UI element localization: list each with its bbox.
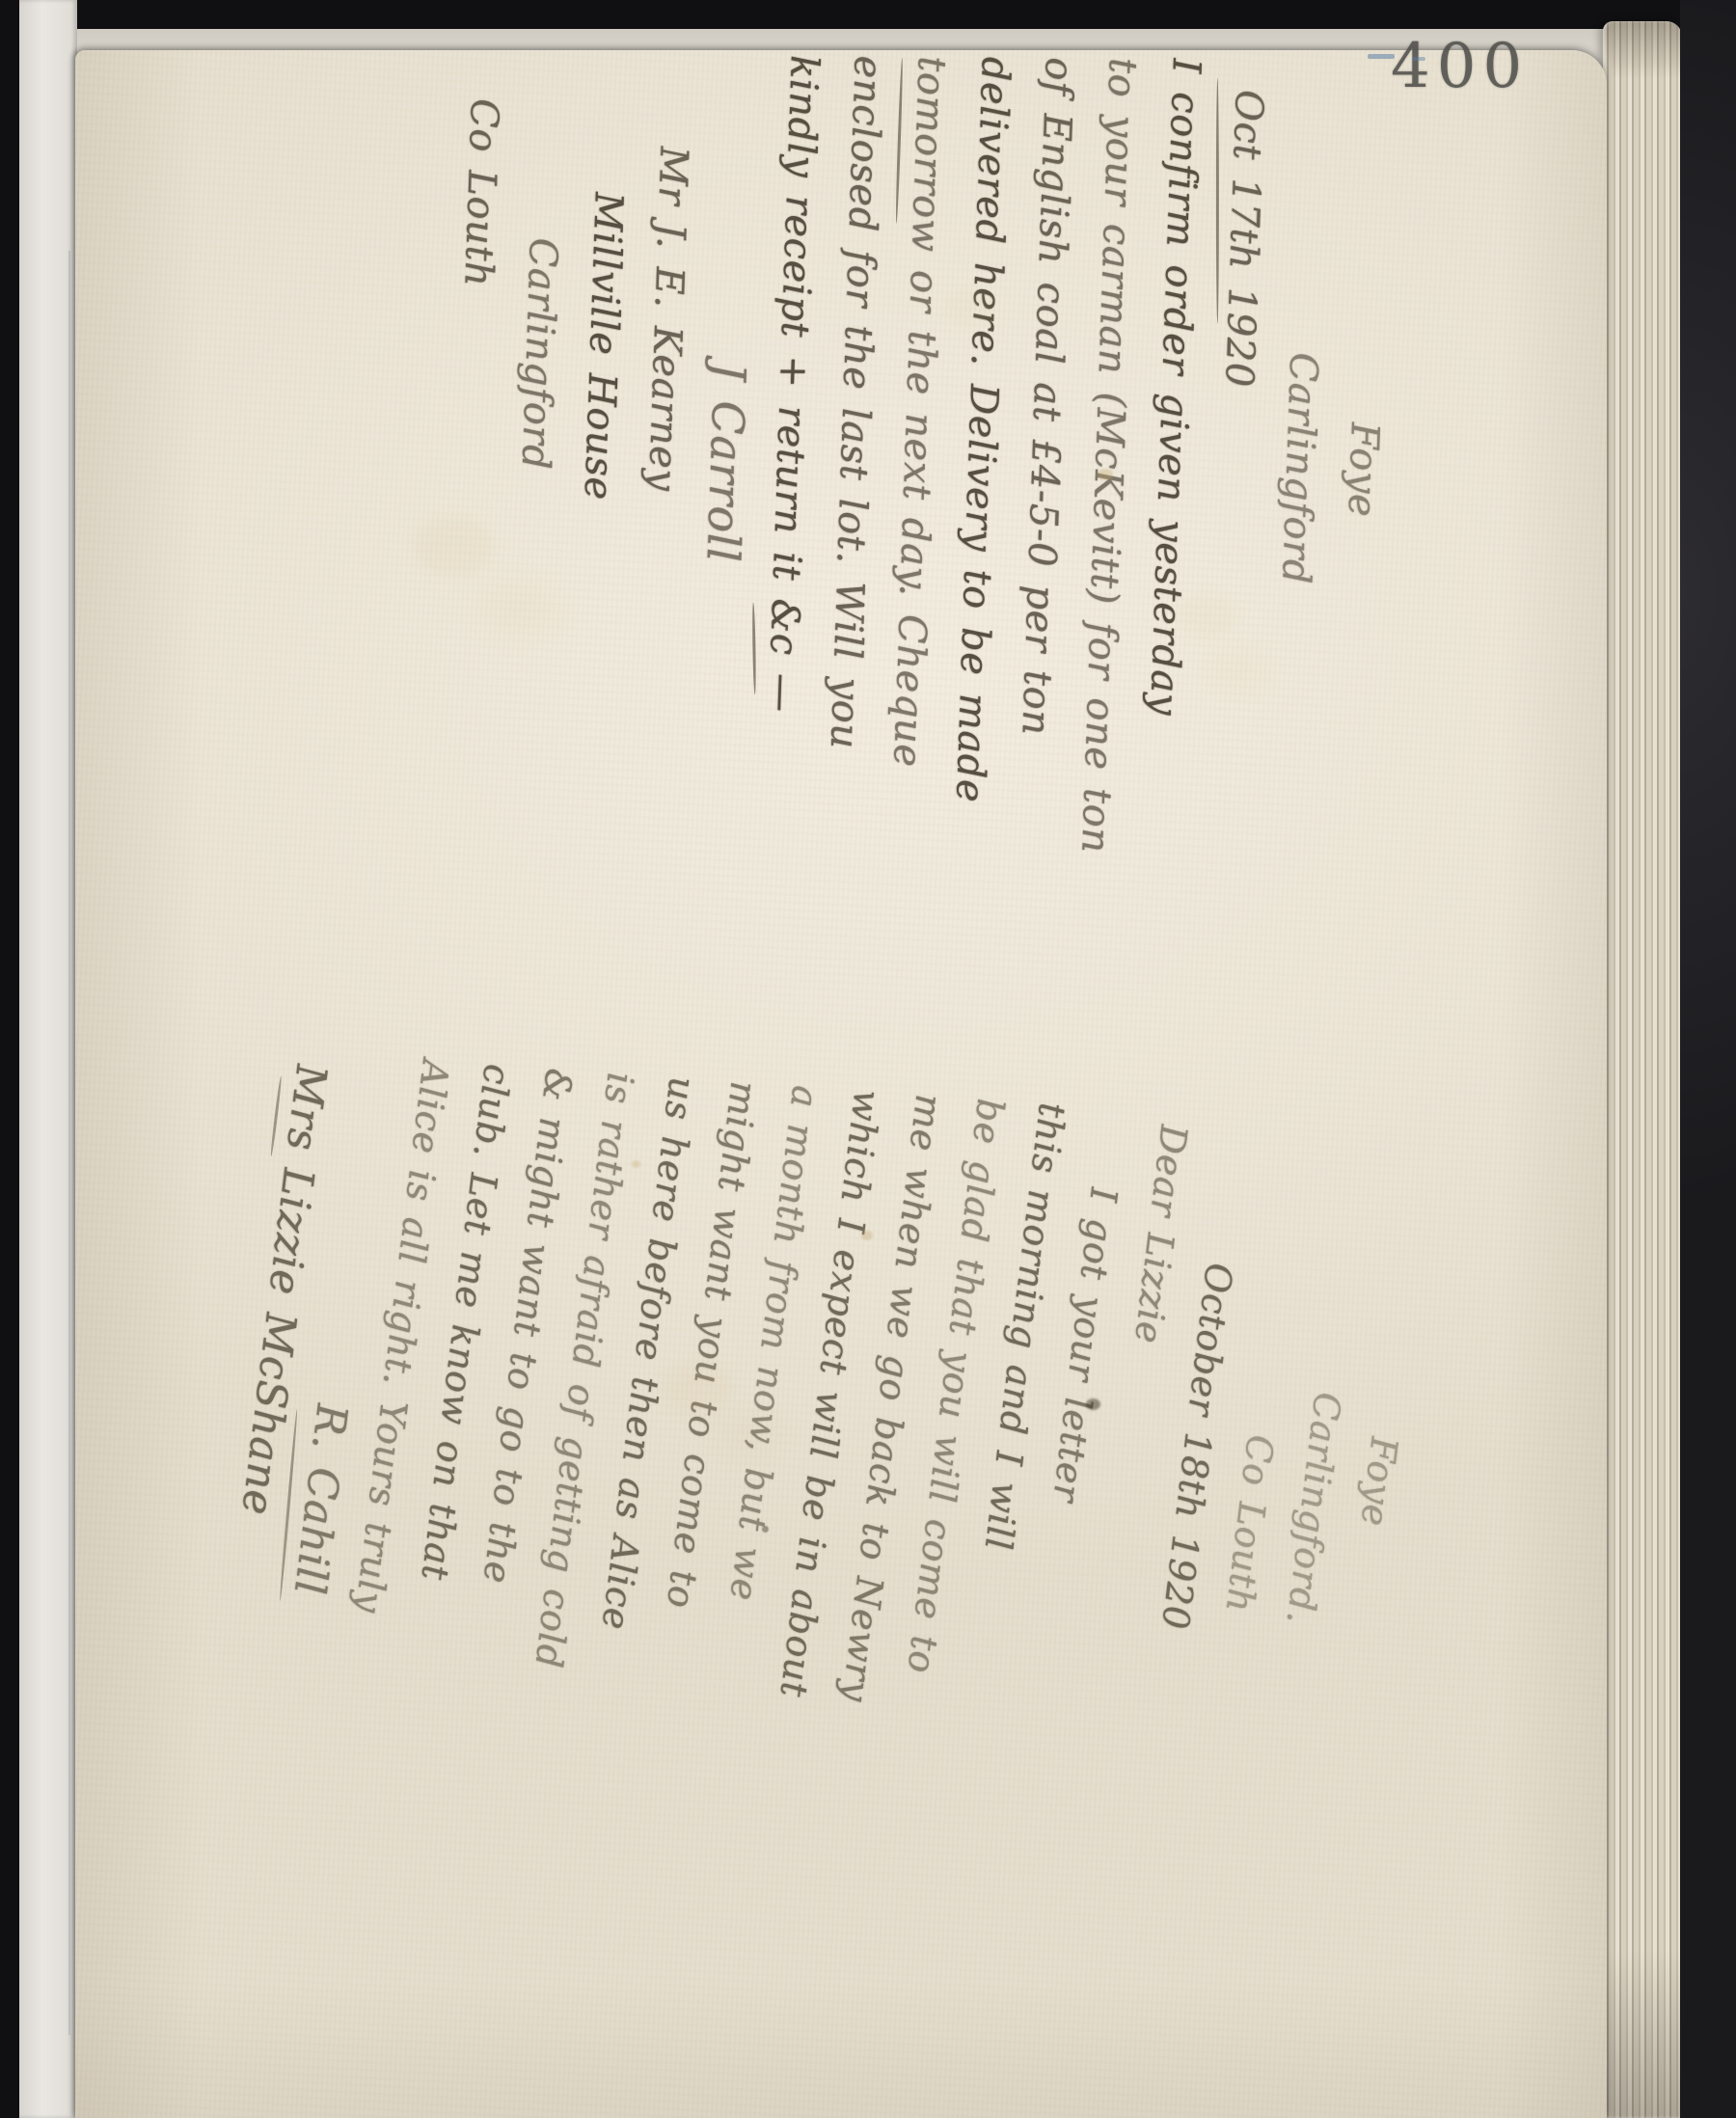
foxing-spot	[861, 1231, 873, 1240]
paper-stain	[664, 1362, 733, 1416]
blue-pencil-mark	[1368, 54, 1395, 59]
page-number-stamp: 400	[1391, 31, 1529, 102]
foxing-spot	[1098, 469, 1113, 480]
paper-stain	[413, 517, 494, 577]
page-stack-right	[1603, 21, 1682, 2118]
blue-pencil-mark	[1412, 57, 1425, 61]
letter-book-photo: 400 Foye Carlingford Oct 17th 1920 I con…	[0, 0, 1736, 2118]
foxing-spot	[632, 1160, 640, 1168]
book-cover-right	[1680, 0, 1736, 2118]
letter-to-lizzie: Foye Carlingford. Co Louth October 18th …	[186, 1048, 1453, 1802]
paper-stain	[1179, 594, 1234, 638]
binding-edge-top	[0, 0, 1736, 29]
paper-fibre-line	[68, 251, 70, 2035]
ink-blot	[1086, 1398, 1100, 1410]
date-underline-flourish	[1216, 78, 1219, 324]
ink-blot	[762, 1526, 769, 1533]
binding-edge-left	[0, 0, 19, 2118]
paper-stain	[945, 289, 993, 328]
letter-coal-order: Foye Carlingford Oct 17th 1920 I confirm…	[427, 52, 1409, 831]
